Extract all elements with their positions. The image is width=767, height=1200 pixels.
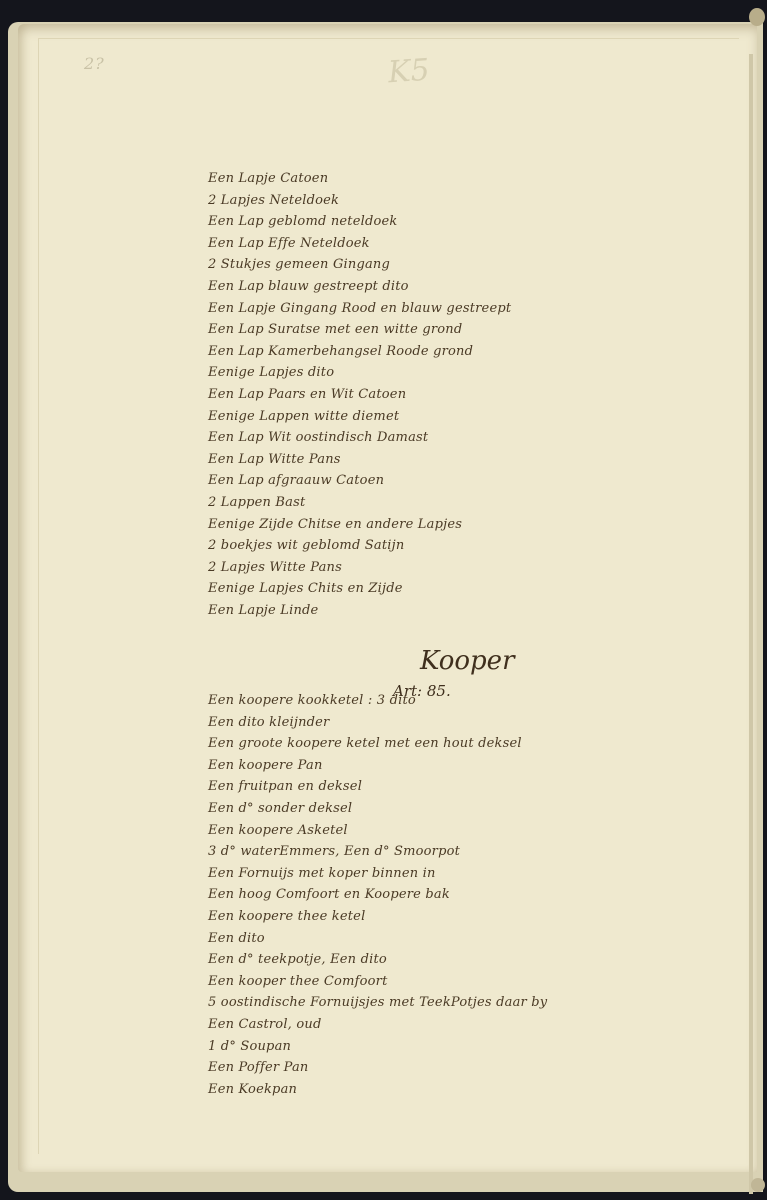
list-item: Eenige Lapjes Chits en Zijde [208,578,628,600]
list-item: Eenige Lappen witte diemet [208,406,628,428]
list-item: Een koopere kookketel : 3 dito [208,690,628,712]
list-item: Een kooper thee Comfoort [208,971,628,993]
list-item: Een Lap Paars en Wit Catoen [208,384,628,406]
list-item: Een Lapje Linde [208,600,628,622]
list-item: 2 Stukjes gemeen Gingang [208,254,628,276]
folio-stamp-number: K5 [387,53,431,91]
list-item: Een Lap Wit oostindisch Damast [208,427,628,449]
list-item: Een koopere thee ketel [208,906,628,928]
binding-tie-bottom [751,1178,765,1192]
list-item: Een d° teekpotje, Een dito [208,949,628,971]
list-item: 5 oostindische Fornuijsjes met TeekPotje… [208,992,628,1014]
list-item: Een Lap Effe Neteldoek [208,233,628,255]
list-item: Een koopere Pan [208,755,628,777]
copper-list: Een koopere kookketel : 3 dito Een dito … [208,690,628,1100]
list-item: Een Fornuijs met koper binnen in [208,863,628,885]
list-item: Een koopere Asketel [208,820,628,842]
binding-edge [749,54,753,1194]
list-item: Een Lapje Catoen [208,168,628,190]
list-item: Eenige Zijde Chitse en andere Lapjes [208,514,628,536]
list-item: Een hoog Comfoort en Koopere bak [208,884,628,906]
list-item: Een Lapje Gingang Rood en blauw gestreep… [208,298,628,320]
list-item: 2 boekjes wit geblomd Satijn [208,535,628,557]
list-item: Een Lap Suratse met een witte grond [208,319,628,341]
section-heading-kooper: Kooper [420,646,515,676]
list-item: Een dito kleijnder [208,712,628,734]
list-item: Een dito [208,928,628,950]
list-item: Een Lap Witte Pans [208,449,628,471]
list-item: Eenige Lapjes dito [208,362,628,384]
list-item: Een Lap afgraauw Catoen [208,470,628,492]
textiles-list: Een Lapje Catoen 2 Lapjes Neteldoek Een … [208,168,628,621]
list-item: 3 d° waterEmmers, Een d° Smoorpot [208,841,628,863]
folio-pencil-number: 2? [84,54,105,73]
list-item: Een Lap blauw gestreept dito [208,276,628,298]
list-item: Een Lap Kamerbehangsel Roode grond [208,341,628,363]
list-item: Een Castrol, oud [208,1014,628,1036]
list-item: 1 d° Soupan [208,1036,628,1058]
list-item: Een groote koopere ketel met een hout de… [208,733,628,755]
list-item: Een Poffer Pan [208,1057,628,1079]
list-item: Een fruitpan en deksel [208,776,628,798]
list-item: Een d° sonder deksel [208,798,628,820]
list-item: 2 Lapjes Neteldoek [208,190,628,212]
list-item: Een Koekpan [208,1079,628,1101]
list-item: 2 Lappen Bast [208,492,628,514]
list-item: Een Lap geblomd neteldoek [208,211,628,233]
list-item: 2 Lapjes Witte Pans [208,557,628,579]
binding-tie-top [749,8,765,26]
